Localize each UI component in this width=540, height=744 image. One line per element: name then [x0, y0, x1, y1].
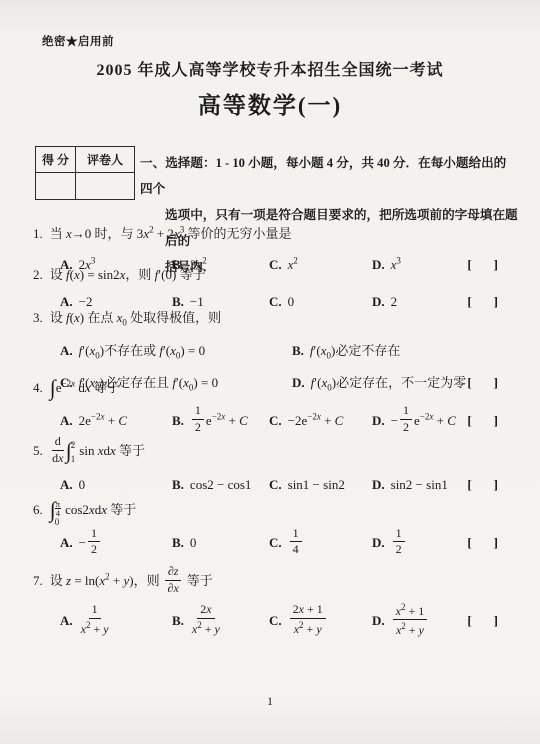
- options-row: A.−12 B.0 C.14 D.12 []: [33, 529, 512, 560]
- option-label: A.: [60, 413, 73, 428]
- option-a: A.−12: [60, 529, 172, 560]
- question-stem: 3.设 f(x) 在点 x0 处取得极值，则: [33, 307, 512, 334]
- question-2: 2.设 f(x) = sin2x，则 f′(0) 等于 A.−2 B.−1 C.…: [33, 264, 512, 312]
- question-6: 6.∫π40cos2xdx 等于 A.−12 B.0 C.14 D.12 []: [33, 499, 512, 559]
- subject-title: 高等数学(一): [0, 87, 540, 120]
- grader-label: 评卷人: [76, 147, 134, 173]
- options-row: A.2e−2x + C B.12e−2x + C C.−2e−2x + C D.…: [33, 406, 512, 437]
- option-label: B.: [172, 413, 184, 428]
- score-label: 得 分: [36, 147, 76, 173]
- options-row-1: A.f′(x0)不存在或 f′(x0) = 0 B.f′(x0)必定不存在: [33, 340, 512, 367]
- bracket-close: ]: [494, 610, 498, 631]
- option-c: C.14: [269, 529, 372, 560]
- question-stem: 2.设 f(x) = sin2x，则 f′(0) 等于: [33, 264, 512, 285]
- option-label: B.: [172, 535, 184, 550]
- option-label: C.: [269, 413, 282, 428]
- option-a: A.f′(x0)不存在或 f′(x0) = 0: [60, 340, 292, 367]
- answer-bracket: []: [467, 410, 498, 431]
- option-text: −12: [79, 535, 102, 550]
- question-number: 6.: [33, 502, 43, 517]
- option-d: D.−12e−2x + C: [372, 406, 467, 437]
- option-b: B.2xx2 + y: [172, 605, 269, 639]
- score-empty-cell: [36, 173, 76, 199]
- option-label: C.: [269, 477, 282, 492]
- option-label: D.: [372, 477, 385, 492]
- question-number: 3.: [33, 310, 43, 325]
- option-label: C.: [269, 535, 282, 550]
- grader-empty-cell: [76, 173, 134, 199]
- option-text: 1x2 + y: [79, 613, 111, 628]
- option-b: B.f′(x0)必定不存在: [292, 340, 512, 367]
- option-text: cos2 − cos1: [190, 477, 252, 492]
- option-c: C.−2e−2x + C: [269, 406, 372, 430]
- option-text: x2 + 1x2 + y: [391, 613, 430, 628]
- option-text: 14: [288, 535, 304, 550]
- option-text: sin1 − sin2: [288, 477, 345, 492]
- question-number: 7.: [33, 573, 43, 588]
- section-heading-line1: 一、选择题：1 - 10 小题，每小题 4 分，共 40 分．在每小题给出的四个: [140, 150, 518, 202]
- exam-page: 绝密★启用前 2005 年成人高等学校专升本招生全国统一考试 高等数学(一) 得…: [0, 0, 540, 744]
- page-number: 1: [0, 694, 540, 709]
- option-text: 12e−2x + C: [190, 413, 248, 428]
- option-label: A.: [60, 343, 73, 358]
- question-4: 4.∫e−2x dx 等于 A.2e−2x + C B.12e−2x + C C…: [33, 374, 512, 437]
- question-stem: 5.ddx∫21sin xdx 等于: [33, 437, 512, 468]
- option-label: A.: [60, 477, 73, 492]
- question-7: 7.设 z = ln(x2 + y)，则 ∂z∂x 等于 A.1x2 + y B…: [33, 567, 512, 640]
- option-text: 0: [190, 535, 197, 550]
- option-label: A.: [60, 613, 73, 628]
- question-number: 5.: [33, 443, 43, 458]
- option-a: A.2e−2x + C: [60, 406, 172, 430]
- options-row: A.1x2 + y B.2xx2 + y C.2x + 1x2 + y D.x2…: [33, 604, 512, 641]
- option-label: B.: [292, 343, 304, 358]
- option-text: sin2 − sin1: [391, 477, 448, 492]
- option-label: B.: [172, 477, 184, 492]
- question-stem: 7.设 z = ln(x2 + y)，则 ∂z∂x 等于: [33, 567, 512, 598]
- option-d: D.sin2 − sin1: [372, 474, 467, 495]
- options-row: A.0 B.cos2 − cos1 C.sin1 − sin2 D.sin2 −…: [33, 474, 512, 495]
- option-a: A.0: [60, 474, 172, 495]
- option-label: D.: [372, 413, 385, 428]
- option-label: B.: [172, 613, 184, 628]
- option-b: B.0: [172, 532, 269, 553]
- bracket-close: ]: [494, 532, 498, 553]
- option-d: D.x2 + 1x2 + y: [372, 604, 467, 641]
- question-number: 1.: [33, 226, 43, 241]
- bracket-close: ]: [494, 474, 498, 495]
- option-b: B.cos2 − cos1: [172, 474, 269, 495]
- bracket-open: [: [467, 610, 471, 631]
- bracket-close: ]: [494, 410, 498, 431]
- question-stem: 6.∫π40cos2xdx 等于: [33, 499, 512, 523]
- question-number: 4.: [33, 380, 43, 395]
- option-c: C.2x + 1x2 + y: [269, 605, 372, 639]
- option-text: 0: [79, 477, 86, 492]
- option-text: 12: [391, 535, 407, 550]
- question-stem: 4.∫e−2x dx 等于: [33, 374, 512, 400]
- option-text: 2x + 1x2 + y: [288, 613, 328, 628]
- option-b: B.12e−2x + C: [172, 406, 269, 437]
- option-text: 2e−2x + C: [79, 413, 127, 428]
- answer-bracket: []: [467, 532, 498, 553]
- question-5: 5.ddx∫21sin xdx 等于 A.0 B.cos2 − cos1 C.s…: [33, 437, 512, 495]
- exam-title: 2005 年成人高等学校专升本招生全国统一考试: [0, 57, 540, 80]
- option-text: f′(x0)必定不存在: [310, 343, 400, 358]
- option-text: −12e−2x + C: [391, 413, 456, 428]
- option-text: −2e−2x + C: [288, 413, 344, 428]
- option-label: A.: [60, 535, 73, 550]
- answer-bracket: []: [467, 610, 498, 631]
- bracket-open: [: [467, 474, 471, 495]
- score-box: 得 分 评卷人: [35, 146, 135, 200]
- option-label: C.: [269, 613, 282, 628]
- answer-bracket: []: [467, 474, 498, 495]
- option-text: 2xx2 + y: [190, 613, 222, 628]
- question-number: 2.: [33, 267, 43, 282]
- option-label: D.: [372, 613, 385, 628]
- option-text: f′(x0)不存在或 f′(x0) = 0: [79, 343, 205, 358]
- bracket-open: [: [467, 532, 471, 553]
- classification-label: 绝密★启用前: [42, 33, 114, 49]
- option-d: D.12: [372, 529, 467, 560]
- question-stem: 1.当 x→0 时，与 3x2 + 2x3 等价的无穷小量是: [33, 220, 512, 244]
- bracket-open: [: [467, 410, 471, 431]
- option-c: C.sin1 − sin2: [269, 474, 372, 495]
- option-a: A.1x2 + y: [60, 605, 172, 639]
- option-label: D.: [372, 535, 385, 550]
